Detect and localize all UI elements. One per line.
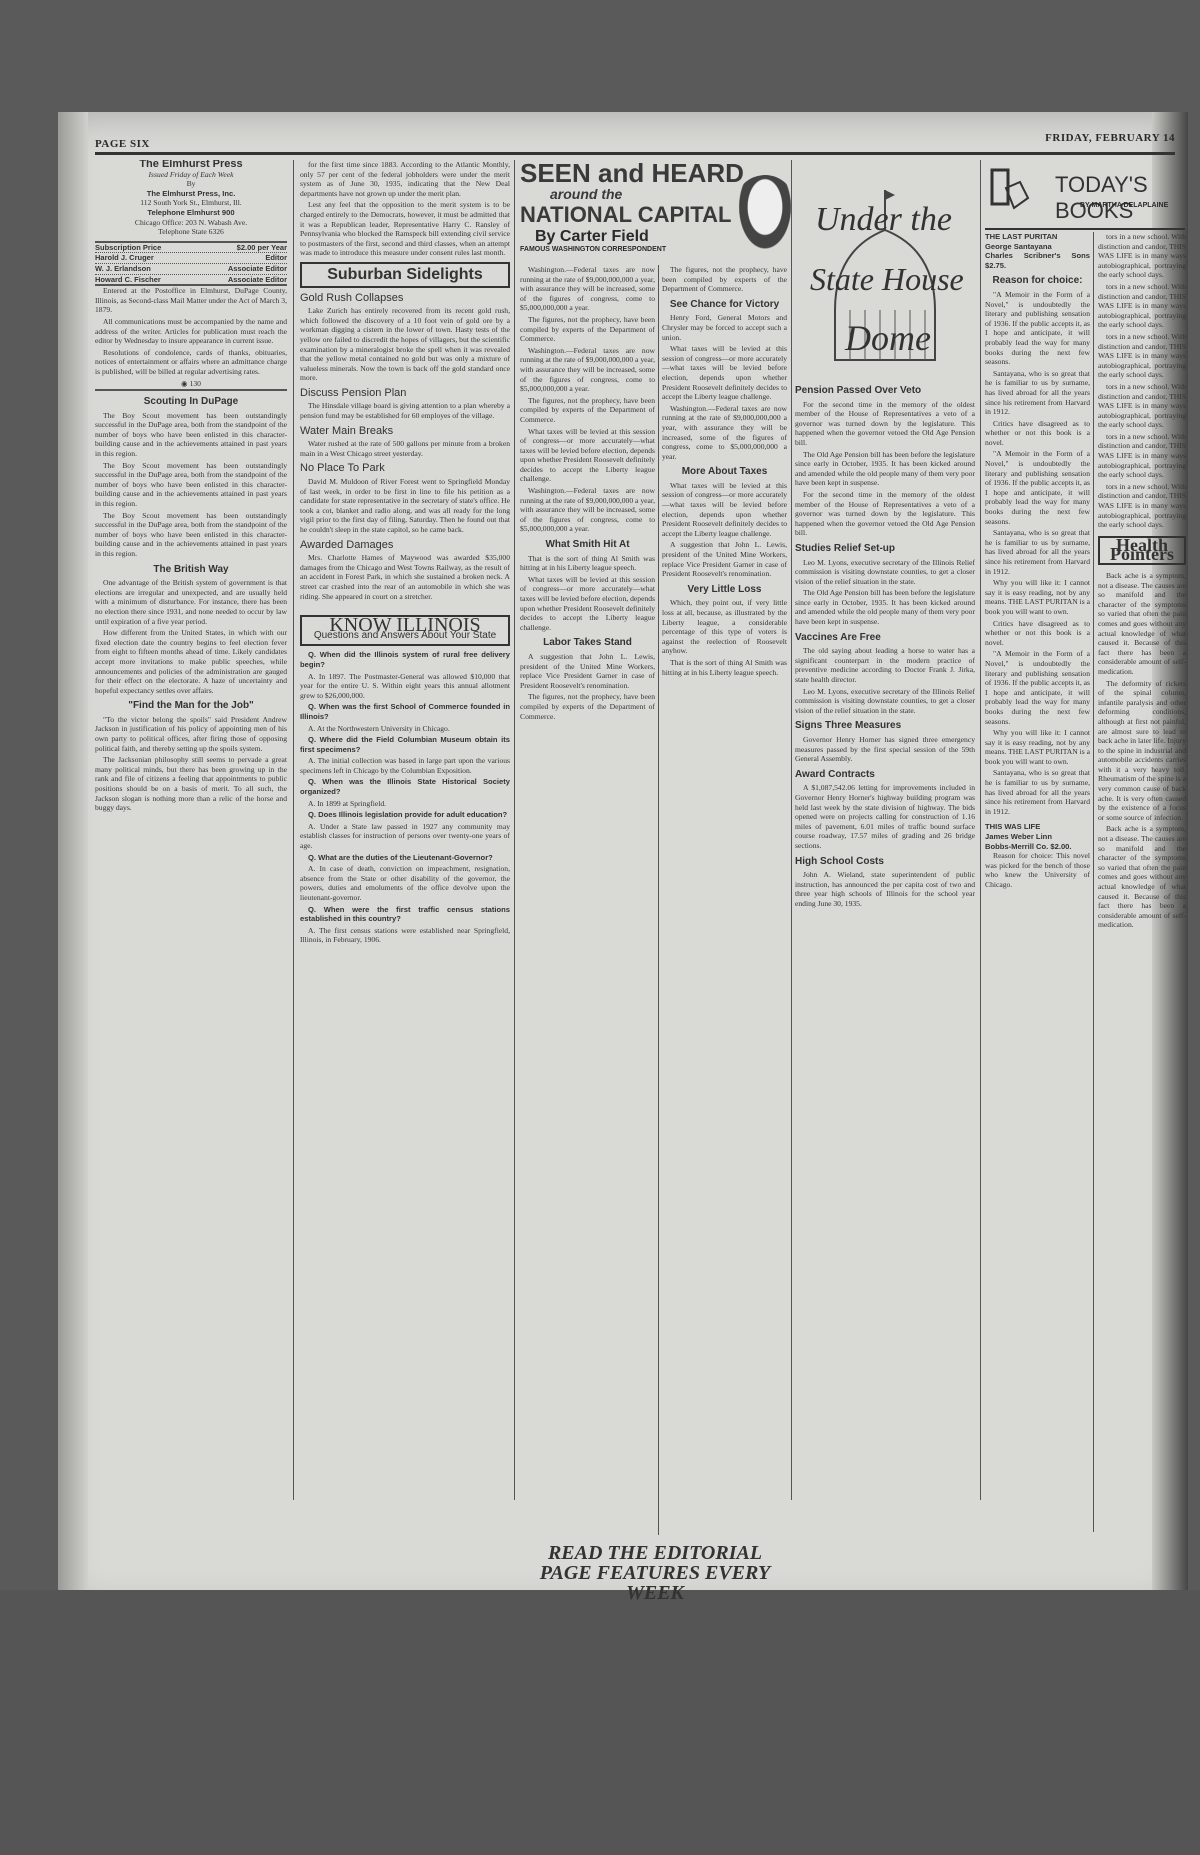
by-line: By [95,179,287,189]
qa-answer: A. Under a State law passed in 1927 any … [300,822,510,851]
subscription-row: Subscription Price $2.00 per Year [95,241,287,254]
article-text: tors in a new school. With distinction a… [1098,482,1186,530]
paper-title: The Elmhurst Press [95,160,287,170]
qa-question: Q. What are the duties of the Lieutenant… [300,853,510,863]
issued-line: Issued Friday of Each Week [95,170,287,180]
article-text: A suggestion that John L. Lewis, preside… [520,652,655,690]
article-text: Critics have disagreed as to whether or … [985,619,1090,648]
book-author: James Weber Linn [985,832,1090,842]
qa-answer: A. In 1899 at Springfield. [300,799,510,809]
staff-row: W. J. ErlandsonAssociate Editor [95,264,287,275]
article-text: Which, they point out, if very little lo… [662,598,787,656]
article-text: Santayana, who is so great that he is fa… [985,369,1090,417]
union-badge: ◉ 130 [95,379,287,391]
article-text: The figures, not the prophecy, have been… [662,265,787,294]
column-rule [293,160,294,1500]
article-text: "A Memoir in the Form of a Novel," is un… [985,290,1090,367]
article-text: Back ache is a symptom, not a disease. T… [1098,571,1186,677]
article-text: tors in a new school. With distinction a… [1098,332,1186,380]
qa-question: Q. Does Illinois legislation provide for… [300,810,510,820]
chicago-phone: Telephone State 6326 [95,227,287,237]
chicago-office: Chicago Office: 203 N. Wabash Ave. [95,218,287,228]
sidelight-heading: Gold Rush Collapses [300,294,510,304]
qa-answer: A. In case of death, conviction on impea… [300,864,510,902]
qa-question: Q. Where did the Field Columbian Museum … [300,735,510,754]
article-text: That is the sort of thing Al Smith was h… [520,554,655,573]
article-text: Santayana, who is so great that he is fa… [985,528,1090,576]
article-text: "A Memoir in the Form of a Novel," is un… [985,449,1090,526]
article-text: That is the sort of thing Al Smith was h… [662,658,787,677]
sidelight-text: Mrs. Charlotte Hames of Maywood was awar… [300,553,510,601]
qa-question: Q. When were the first traffic census st… [300,905,510,924]
article-text: What taxes will be levied at this sessio… [520,427,655,485]
article-text: The deformity of rickets of the spinal c… [1098,679,1186,823]
svg-text:Dome: Dome [844,318,931,358]
sidelight-heading: Discuss Pension Plan [300,389,510,399]
sidelight-text: David M. Muldoon of River Forest went to… [300,477,510,535]
article-text: for the first time since 1883. According… [300,160,510,198]
masthead: PAGE SIX FRIDAY, FEBRUARY 14 [95,138,1175,150]
book-publisher: Bobbs-Merrill Co. $2.00. [985,842,1090,852]
column-seen-heard-2: The figures, not the prophecy, have been… [662,265,787,1535]
british-text: How different from the United States, in… [95,628,287,695]
qa-answer: A. In 1897. The Postmaster-General was a… [300,672,510,701]
article-text: Why you will like it: I cannot say it is… [985,578,1090,616]
staff-row: Harold J. CrugerEditor [95,253,287,264]
article-text: Washington.—Federal taxes are now runnin… [520,346,655,394]
article-subhead: Reason for choice: [985,276,1090,286]
scouting-text: The Boy Scout movement has been outstand… [95,411,287,459]
book-icon [990,168,1030,213]
article-text: Washington.—Federal taxes are now runnin… [520,486,655,534]
phone: Telephone Elmhurst 900 [95,208,287,218]
entered-notice: Entered at the Postoffice in Elmhurst, D… [95,286,287,315]
book-title: THIS WAS LIFE [985,822,1090,832]
column-seen-heard-1: Washington.—Federal taxes are now runnin… [520,265,655,1535]
issue-date: FRIDAY, FEBRUARY 14 [1045,132,1175,144]
british-heading: The British Way [95,565,287,575]
article-text: The old saying about leading a horse to … [795,646,975,684]
column-rule [514,160,515,1500]
article-text: The Old Age Pension bill has been before… [795,450,975,488]
article-subhead: Vaccines Are Free [795,633,975,643]
article-text: Leo M. Lyons, executive secretary of the… [795,558,975,587]
sidelight-text: Water rushed at the rate of 500 gallons … [300,439,510,458]
article-text: tors in a new school. With distinction a… [1098,282,1186,330]
article-subhead: Award Contracts [795,770,975,780]
book-author: George Santayana [985,242,1090,252]
article-text: tors in a new school. With distinction a… [1098,382,1186,430]
sidelight-text: The Hinsdale village board is giving att… [300,401,510,420]
article-subhead: Very Little Loss [662,585,787,595]
qa-answer: A. The first census stations were establ… [300,926,510,945]
qa-answer: A. At the Northwestern University in Chi… [300,724,510,734]
resolutions-notice: Resolutions of condolence, cards of than… [95,348,287,377]
sidelight-heading: Awarded Damages [300,541,510,551]
subscription-value: $2.00 per Year [237,243,287,253]
column-state-house: Pension Passed Over Veto For the second … [795,380,975,1540]
article-text: Governor Henry Horner has signed three e… [795,735,975,764]
article-text: The figures, not the prophecy, have been… [520,396,655,425]
article-text: The figures, not the prophecy, have been… [520,315,655,344]
column-rule [1093,232,1094,1532]
scan-background [0,1590,1200,1855]
sidelight-text: Lake Zurich has entirely recovered from … [300,306,510,383]
book-publisher: Charles Scribner's Sons $2.75. [985,251,1090,270]
article-text: What taxes will be levied at this sessio… [662,344,787,402]
book-title: THE LAST PURITAN [985,232,1090,242]
column-rule [658,265,659,1535]
subscription-label: Subscription Price [95,243,161,253]
article-subhead: Pension Passed Over Veto [795,386,975,396]
article-subhead: Studies Relief Set-up [795,544,975,554]
article-text: A $1,087,542.06 letting for improvements… [795,783,975,850]
todays-books-header: TODAY'S BOOKS BY MARTHA DELAPLAINE [985,160,1185,230]
article-text: For the second time in the memory of the… [795,490,975,538]
editorial-banner: READ THE EDITORIAL PAGE FEATURES EVERY W… [520,1543,790,1603]
article-text: For the second time in the memory of the… [795,400,975,448]
article-text: A suggestion that John L. Lewis, preside… [662,540,787,578]
column-sidelights: for the first time since 1883. According… [300,160,510,1500]
health-pointers-title: Health Pointers [1098,536,1186,565]
scouting-text: The Boy Scout movement has been outstand… [95,461,287,509]
communications-notice: All communications must be accompanied b… [95,317,287,346]
article-text: tors in a new school. With distinction a… [1098,232,1186,280]
qa-answer: A. The initial collection was based in l… [300,756,510,775]
sidelight-heading: Water Main Breaks [300,427,510,437]
article-text: What taxes will be levied at this sessio… [662,481,787,539]
svg-text:Under the: Under the [815,201,952,238]
article-text: Henry Ford, General Motors and Chrysler … [662,313,787,342]
article-text: What taxes will be levied at this sessio… [520,575,655,633]
sidelight-heading: No Place To Park [300,464,510,474]
column-books: THE LAST PURITAN George Santayana Charle… [985,232,1090,1532]
qa-question: Q. When did the Illinois system of rural… [300,650,510,669]
qa-question: Q. When was the Illinois State Historica… [300,777,510,796]
article-text: The Old Age Pension bill has been before… [795,588,975,626]
column-rule [791,160,792,1500]
know-illinois-subtitle: Questions and Answers About Your State [306,631,504,641]
todays-books-title: TODAY'S BOOKS [1055,172,1185,224]
article-subhead: See Chance for Victory [662,300,787,310]
article-text: Leo M. Lyons, executive secretary of the… [795,687,975,716]
column-health: tors in a new school. With distinction a… [1098,232,1186,1532]
column-masthead-editorials: The Elmhurst Press Issued Friday of Each… [95,160,287,1500]
article-text: Back ache is a symptom, not a disease. T… [1098,824,1186,930]
article-subhead: Labor Takes Stand [520,638,655,648]
column-rule [980,160,981,1500]
article-subhead: More About Taxes [662,467,787,477]
article-text: Reason for choice: This novel was picked… [985,851,1090,889]
article-text: tors in a new school. With distinction a… [1098,432,1186,480]
scouting-text: The Boy Scout movement has been outstand… [95,511,287,559]
article-subhead: High School Costs [795,857,975,867]
article-text: John A. Wieland, state superintendent of… [795,870,975,908]
carter-field-portrait-icon [735,175,795,255]
state-house-dome-icon: Under the State House Dome [795,160,975,380]
job-text: The Jacksonian philosophy still seems to… [95,755,287,813]
masthead-rule [95,152,1175,155]
article-text: Santayana, who is so great that he is fa… [985,768,1090,816]
article-text: Critics have disagreed as to whether or … [985,419,1090,448]
qa-question: Q. When was the first School of Commerce… [300,702,510,721]
article-subhead: What Smith Hit At [520,540,655,550]
page-label: PAGE SIX [95,138,150,150]
article-text: Why you will like it: I cannot say it is… [985,728,1090,766]
article-text: The figures, not the prophecy, have been… [520,692,655,721]
article-text: Lest any feel that the opposition to the… [300,200,510,258]
staff-row: Howard C. FischerAssociate Editor [95,275,287,287]
scouting-heading: Scouting In DuPage [95,397,287,407]
article-text: Washington.—Federal taxes are now runnin… [662,404,787,462]
todays-books-byline: BY MARTHA DELAPLAINE [1080,202,1168,209]
svg-text:State House: State House [810,261,964,297]
article-text: Washington.—Federal taxes are now runnin… [520,265,655,313]
article-subhead: Signs Three Measures [795,721,975,731]
job-text: "To the victor belong the spoils" said P… [95,715,287,753]
publisher: The Elmhurst Press, Inc. [95,189,287,199]
british-text: One advantage of the British system of g… [95,578,287,626]
address: 112 South York St., Elmhurst, Ill. [95,198,287,208]
sidelights-title: Suburban Sidelights [300,262,510,288]
job-heading: "Find the Man for the Job" [95,701,287,711]
know-illinois-box: KNOW ILLINOIS Questions and Answers Abou… [300,615,510,646]
article-text: "A Memoir in the Form of a Novel," is un… [985,649,1090,726]
